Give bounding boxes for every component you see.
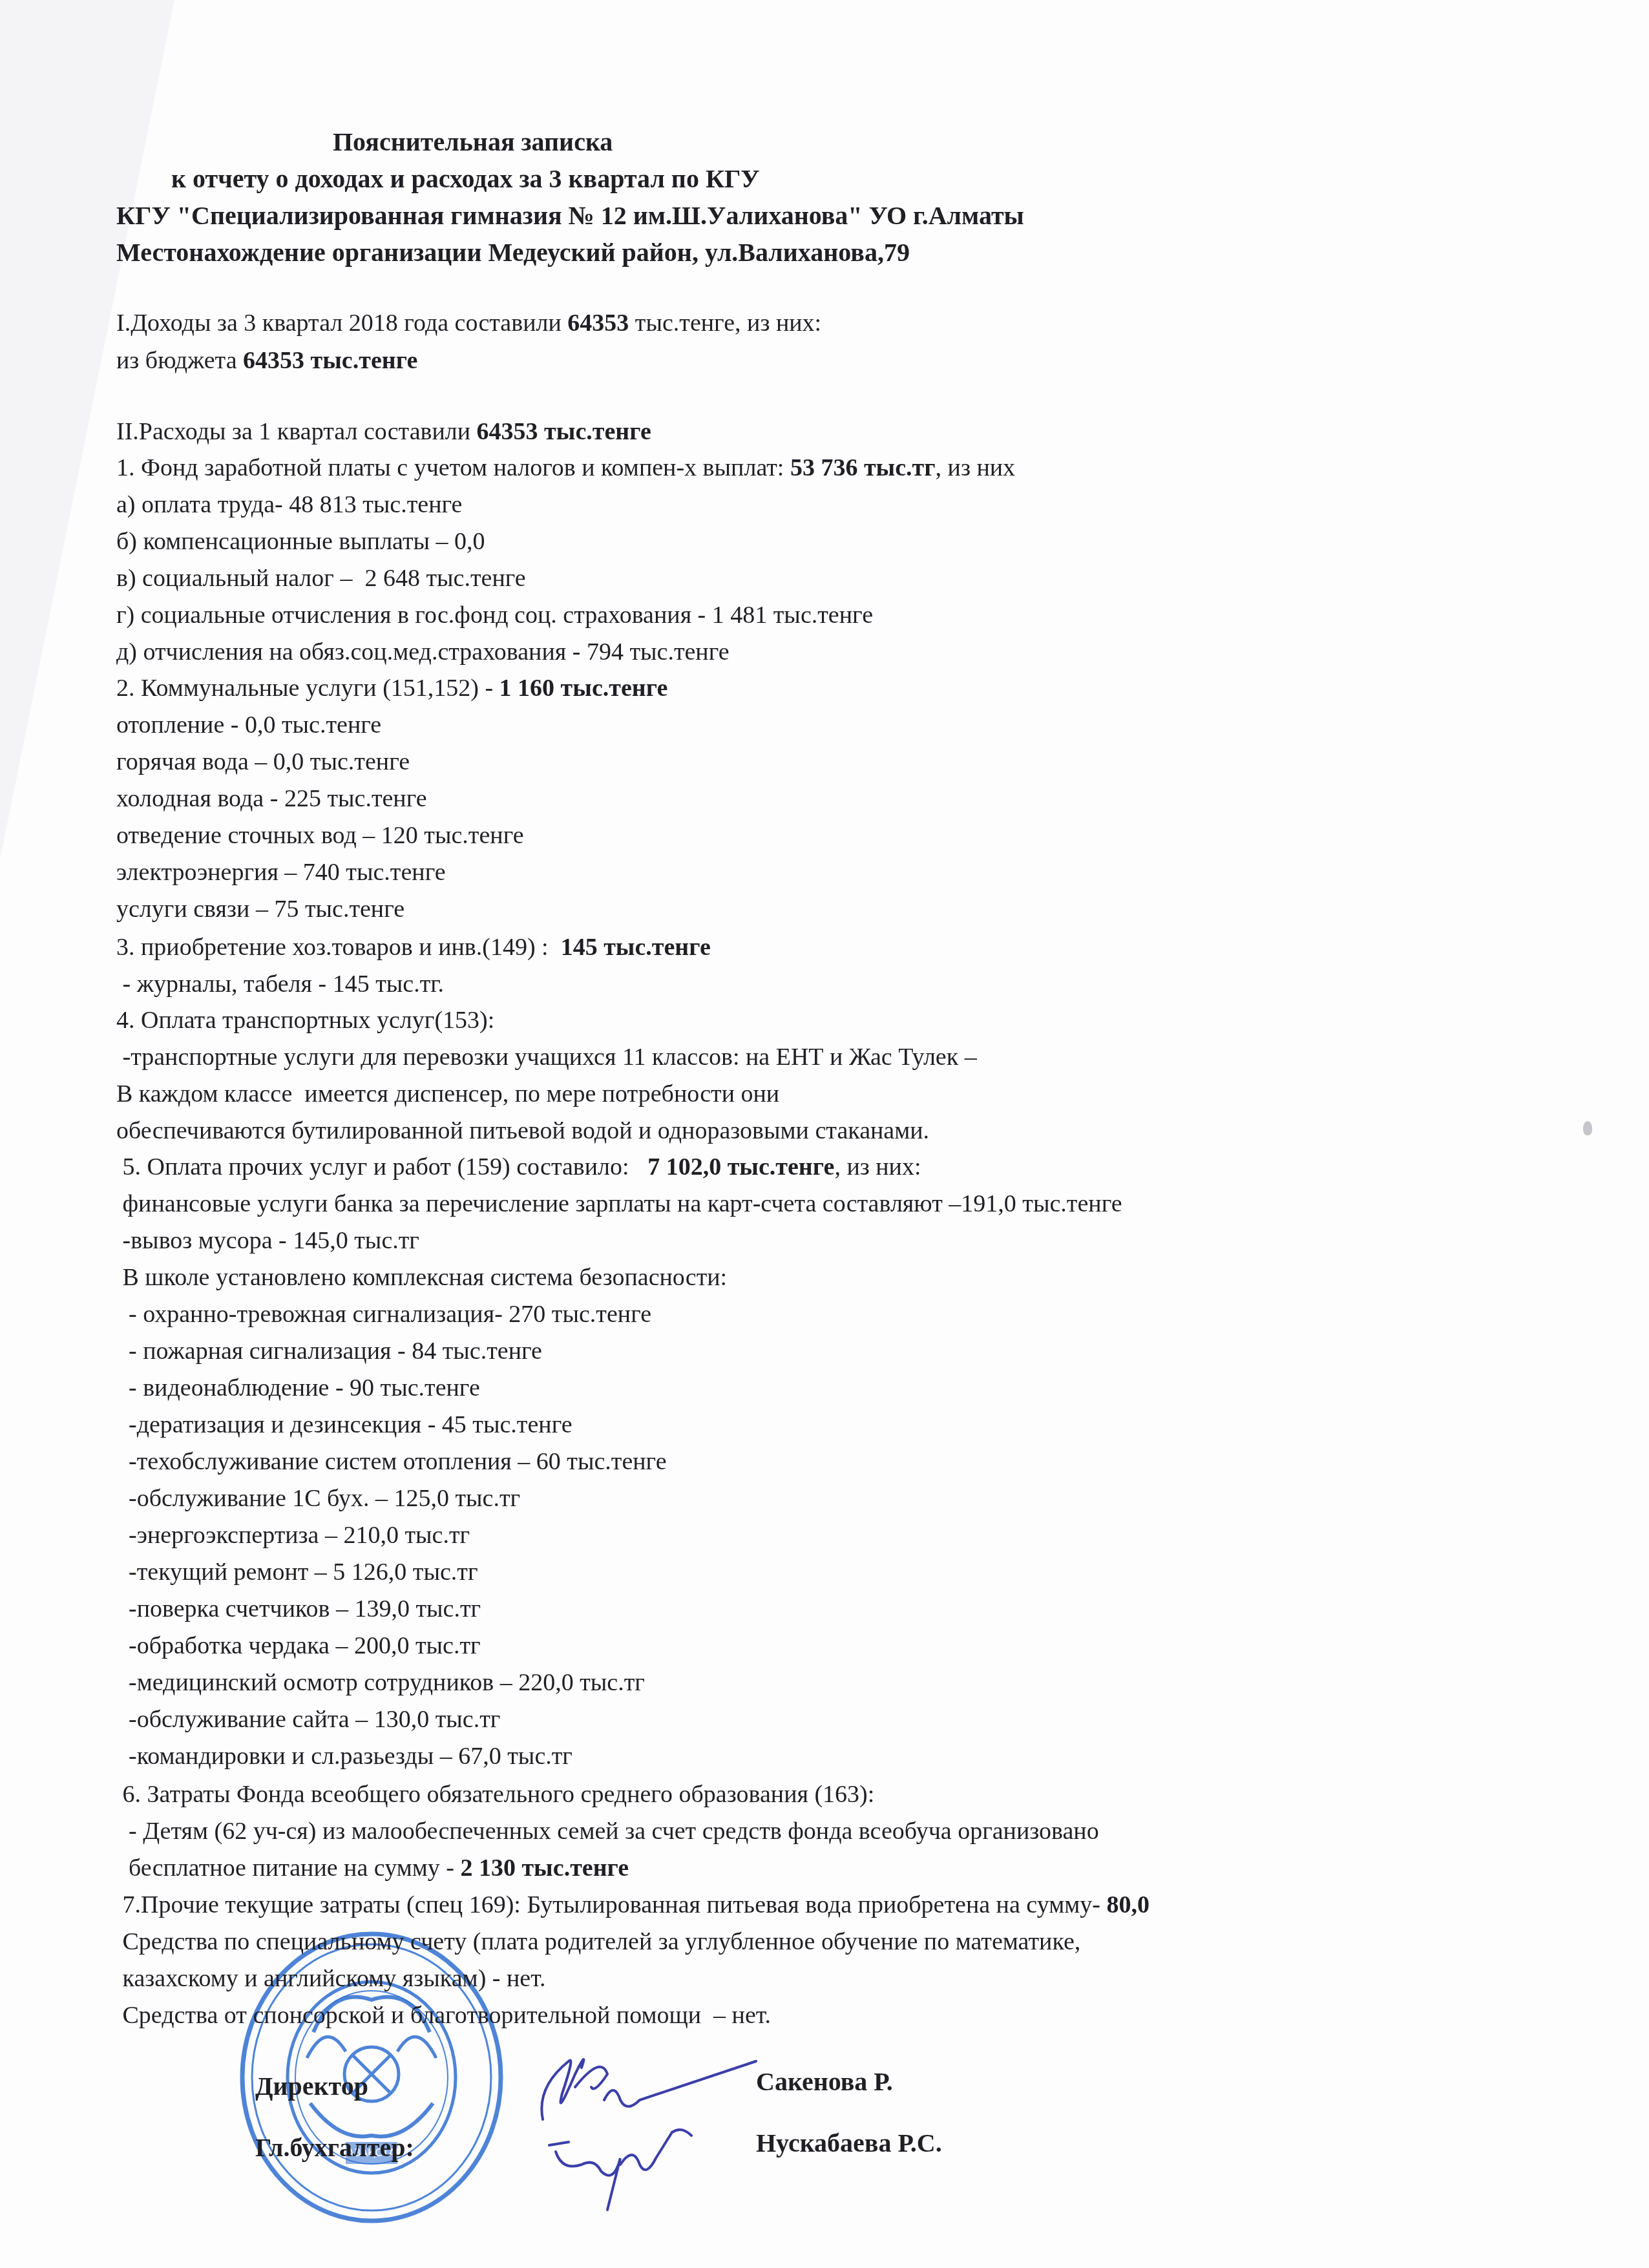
income-budget-line: из бюджета 64353 тыс.тенге (116, 346, 417, 375)
list-item: холодная вода - 225 тыс.тенге (116, 784, 427, 813)
list-item: -поверка счетчиков – 139,0 тыс.тг (116, 1595, 481, 1623)
list-item: -медицинский осмотр сотрудников – 220,0 … (116, 1668, 645, 1697)
list-item: г) социальные отчисления в гос.фонд соц.… (116, 601, 873, 629)
section-5-title: 5. Оплата прочих услуг и работ (159) сос… (116, 1153, 921, 1181)
section-1-total: 53 736 тыс.тг (790, 454, 936, 481)
list-item: -обслуживание 1С бух. – 125,0 тыс.тг (116, 1484, 520, 1513)
director-label: Директор (255, 2072, 368, 2101)
list-item: -транспортные услуги для перевозки учащи… (116, 1043, 977, 1071)
list-item: -энергоэкспертиза – 210,0 тыс.тг (116, 1521, 470, 1549)
list-item: а) оплата труда- 48 813 тыс.тенге (116, 490, 462, 519)
section-5-total: 7 102,0 тыс.тенге (647, 1153, 834, 1181)
list-item: - видеонаблюдение - 90 тыс.тенге (116, 1374, 480, 1402)
section-3-title: 3. приобретение хоз.товаров и инв.(149) … (116, 933, 711, 961)
list-item: В каждом классе имеется диспенсер, по ме… (116, 1080, 779, 1108)
accountant-name: Нускабаева Р.С. (756, 2129, 942, 2158)
list-item: -обработка чердака – 200,0 тыс.тг (116, 1632, 481, 1660)
accountant-label: Гл.бухгалтер: (255, 2134, 414, 2162)
expenses-total-value: 64353 тыс.тенге (477, 418, 651, 445)
list-item: -дератизация и дезинсекция - 45 тыс.тенг… (116, 1411, 572, 1439)
list-item: -текущий ремонт – 5 126,0 тыс.тг (116, 1558, 478, 1586)
section-2-title: 2. Коммунальные услуги (151,152) - 1 160… (116, 674, 667, 702)
list-item: - журналы, табеля - 145 тыс.тг. (116, 970, 444, 998)
director-name: Сакенова Р. (756, 2068, 893, 2096)
list-item: отведение сточных вод – 120 тыс.тенге (116, 821, 524, 850)
list-item: д) отчисления на обяз.соц.мед.страховани… (116, 638, 730, 666)
list-item: обеспечиваются бутилированной питьевой в… (116, 1117, 929, 1145)
list-item: Средства от спонсорской и благотворитель… (116, 2001, 771, 2030)
list-item: казахскому и английскому языкам) - нет. (116, 1964, 545, 1993)
accountant-signature (543, 2119, 698, 2216)
list-item: финансовые услуги банка за перечисление … (116, 1190, 1122, 1218)
section-6-total: 2 130 тыс.тенге (460, 1854, 629, 1882)
list-item: горячая вода – 0,0 тыс.тенге (116, 748, 410, 776)
list-item: в) социальный налог – 2 648 тыс.тенге (116, 564, 526, 593)
document-subtitle: к отчету о доходах и расходах за 3 кварт… (171, 165, 760, 193)
section-6-line-2: бесплатное питание на сумму - 2 130 тыс.… (116, 1854, 629, 1882)
list-item: В школе установлено комплексная система … (116, 1263, 727, 1292)
section-6-title: 6. Затраты Фонда всеобщего обязательного… (116, 1780, 874, 1809)
scanned-document-page: Пояснительная записка к отчету о доходах… (0, 0, 1649, 2268)
section-7-title: 7.Прочие текущие затраты (спец 169): Бут… (116, 1891, 1150, 1919)
list-item: б) компенсационные выплаты – 0,0 (116, 527, 485, 556)
section-7-total: 80,0 (1106, 1891, 1150, 1918)
list-item: -обслуживание сайта – 130,0 тыс.тг (116, 1705, 500, 1734)
list-item: -техобслуживание систем отопления – 60 т… (116, 1447, 667, 1476)
list-item: Средства по специальному счету (плата ро… (116, 1927, 1080, 1956)
expenses-total-line: II.Расходы за 1 квартал составили 64353 … (116, 417, 651, 446)
section-4-title: 4. Оплата транспортных услуг(153): (116, 1006, 494, 1034)
section-6-line-1: - Детям (62 уч-ся) из малообеспеченных с… (116, 1817, 1099, 1845)
scan-speck (1583, 1121, 1592, 1135)
income-total-value: 64353 (567, 310, 629, 337)
list-item: электроэнергия – 740 тыс.тенге (116, 858, 446, 887)
list-item: - охранно-тревожная сигнализация- 270 ты… (116, 1300, 651, 1328)
income-budget-value: 64353 тыс.тенге (243, 347, 417, 374)
organization-name: КГУ "Специализированная гимназия № 12 им… (116, 202, 1024, 230)
list-item: - пожарная сигнализация - 84 тыс.тенге (116, 1337, 542, 1365)
section-1-title: 1. Фонд заработной платы с учетом налого… (116, 454, 1015, 482)
organization-location: Местонахождение организации Медеуский ра… (116, 238, 910, 267)
income-total-line: I.Доходы за 3 квартал 2018 года составил… (116, 309, 821, 337)
section-3-total: 145 тыс.тенге (561, 934, 711, 961)
list-item: услуги связи – 75 тыс.тенге (116, 895, 404, 923)
list-item: -вывоз мусора - 145,0 тыс.тг (116, 1226, 419, 1255)
document-title: Пояснительная записка (333, 128, 613, 156)
list-item: отопление - 0,0 тыс.тенге (116, 711, 381, 739)
section-2-total: 1 160 тыс.тенге (499, 675, 668, 702)
list-item: -командировки и сл.разьезды – 67,0 тыс.т… (116, 1742, 572, 1770)
